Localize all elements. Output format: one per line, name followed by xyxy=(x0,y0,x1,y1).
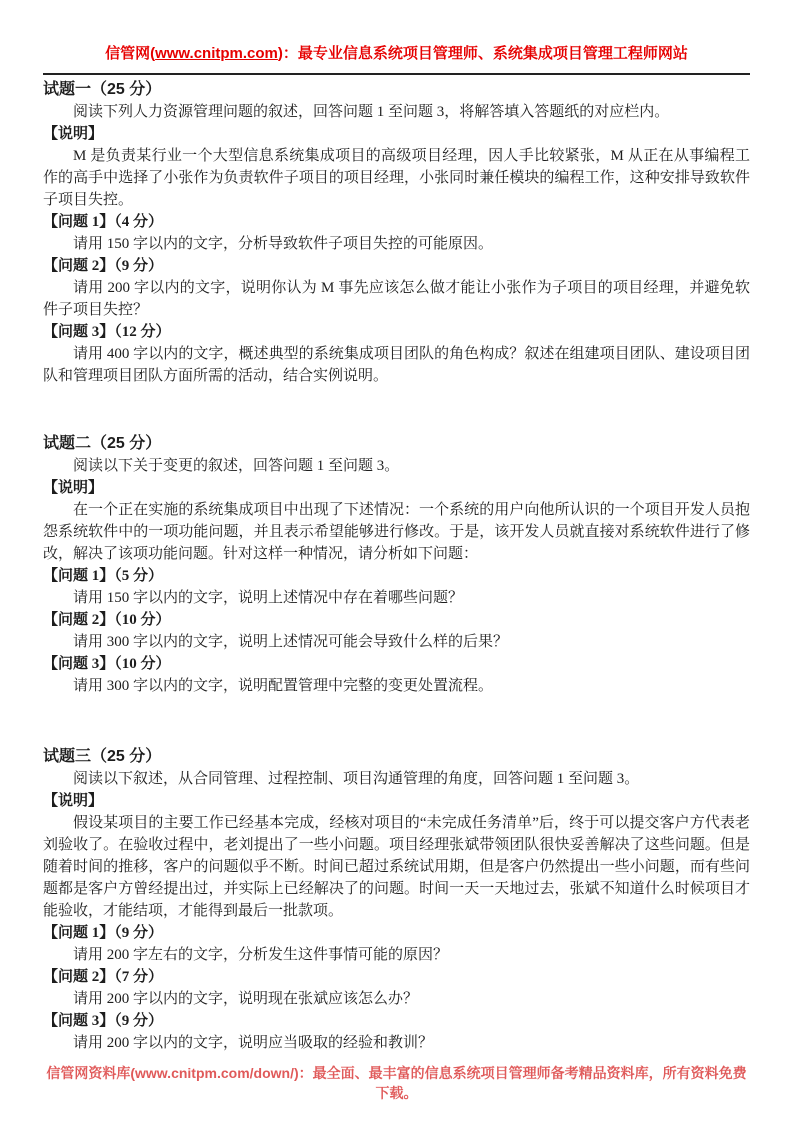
section-3-intro: 阅读以下叙述，从合同管理、过程控制、项目沟通管理的角度，回答问题 1 至问题 3… xyxy=(43,768,750,790)
section-2-question-3-label: 【问题 3】（10 分） xyxy=(43,653,750,675)
section-3-description: 假设某项目的主要工作已经基本完成，经核对项目的“未完成任务清单”后，终于可以提交… xyxy=(43,812,750,922)
section-2-question-1-text: 请用 150 字以内的文字，说明上述情况中存在着哪些问题？ xyxy=(43,587,750,609)
footer-url-link[interactable]: www.cnitpm.com/down/ xyxy=(135,1065,294,1081)
section-3-question-3-label: 【问题 3】（9 分） xyxy=(43,1010,750,1032)
section-2-description: 在一个正在实施的系统集成项目中出现了下述情况：一个系统的用户向他所认识的一个项目… xyxy=(43,499,750,565)
section-1-explain-label: 【说明】 xyxy=(43,123,750,145)
page-footer-banner: 信管网资料库(www.cnitpm.com/down/)：最全面、最丰富的信息系… xyxy=(43,1063,750,1103)
header-tagline: )：最专业信息系统项目管理师、系统集成项目管理工程师网站 xyxy=(278,45,688,62)
section-1-question-3-label: 【问题 3】（12 分） xyxy=(43,321,750,343)
exam-section-3: 试题三（25 分） 阅读以下叙述，从合同管理、过程控制、项目沟通管理的角度，回答… xyxy=(43,746,750,1054)
section-2-question-3-text: 请用 300 字以内的文字，说明配置管理中完整的变更处置流程。 xyxy=(43,675,750,697)
section-1-question-1-text: 请用 150 字以内的文字，分析导致软件子项目失控的可能原因。 xyxy=(43,233,750,255)
document-page: 信管网(www.cnitpm.com)：最专业信息系统项目管理师、系统集成项目管… xyxy=(0,0,793,1122)
section-2-intro: 阅读以下关于变更的叙述，回答问题 1 至问题 3。 xyxy=(43,455,750,477)
section-3-question-1-text: 请用 200 字左右的文字，分析发生这件事情可能的原因？ xyxy=(43,944,750,966)
exam-section-2: 试题二（25 分） 阅读以下关于变更的叙述，回答问题 1 至问题 3。 【说明】… xyxy=(43,433,750,697)
document-body: 试题一（25 分） 阅读下列人力资源管理问题的叙述，回答问题 1 至问题 3，将… xyxy=(43,79,750,1054)
section-3-title: 试题三（25 分） xyxy=(43,746,750,768)
section-3-question-2-label: 【问题 2】（7 分） xyxy=(43,966,750,988)
footer-tagline: )：最全面、最丰富的信息系统项目管理师备考精品资料库，所有资料免费下载。 xyxy=(294,1065,747,1101)
section-1-question-2-text: 请用 200 字以内的文字，说明你认为 M 事先应该怎么做才能让小张作为子项目的… xyxy=(43,277,750,321)
section-1-question-2-label: 【问题 2】（9 分） xyxy=(43,255,750,277)
section-1-question-3-text: 请用 400 字以内的文字，概述典型的系统集成项目团队的角色构成？叙述在组建项目… xyxy=(43,343,750,387)
section-2-explain-label: 【说明】 xyxy=(43,477,750,499)
section-2-question-1-label: 【问题 1】（5 分） xyxy=(43,565,750,587)
section-1-title: 试题一（25 分） xyxy=(43,79,750,101)
footer-site-name: 信管网资料库( xyxy=(46,1065,135,1081)
section-1-question-1-label: 【问题 1】（4 分） xyxy=(43,211,750,233)
section-3-question-2-text: 请用 200 字以内的文字，说明现在张斌应该怎么办？ xyxy=(43,988,750,1010)
section-1-description: M 是负责某行业一个大型信息系统集成项目的高级项目经理，因人手比较紧张，M 从正… xyxy=(43,145,750,211)
page-header-banner: 信管网(www.cnitpm.com)：最专业信息系统项目管理师、系统集成项目管… xyxy=(43,44,750,75)
header-url-link[interactable]: www.cnitpm.com xyxy=(155,45,278,62)
exam-section-1: 试题一（25 分） 阅读下列人力资源管理问题的叙述，回答问题 1 至问题 3，将… xyxy=(43,79,750,387)
section-3-question-1-label: 【问题 1】（9 分） xyxy=(43,922,750,944)
section-2-question-2-label: 【问题 2】（10 分） xyxy=(43,609,750,631)
section-3-explain-label: 【说明】 xyxy=(43,790,750,812)
section-2-question-2-text: 请用 300 字以内的文字，说明上述情况可能会导致什么样的后果？ xyxy=(43,631,750,653)
section-1-intro: 阅读下列人力资源管理问题的叙述，回答问题 1 至问题 3，将解答填入答题纸的对应… xyxy=(43,101,750,123)
header-site-name: 信管网( xyxy=(105,45,155,62)
section-2-title: 试题二（25 分） xyxy=(43,433,750,455)
section-3-question-3-text: 请用 200 字以内的文字，说明应当吸取的经验和教训？ xyxy=(43,1032,750,1054)
